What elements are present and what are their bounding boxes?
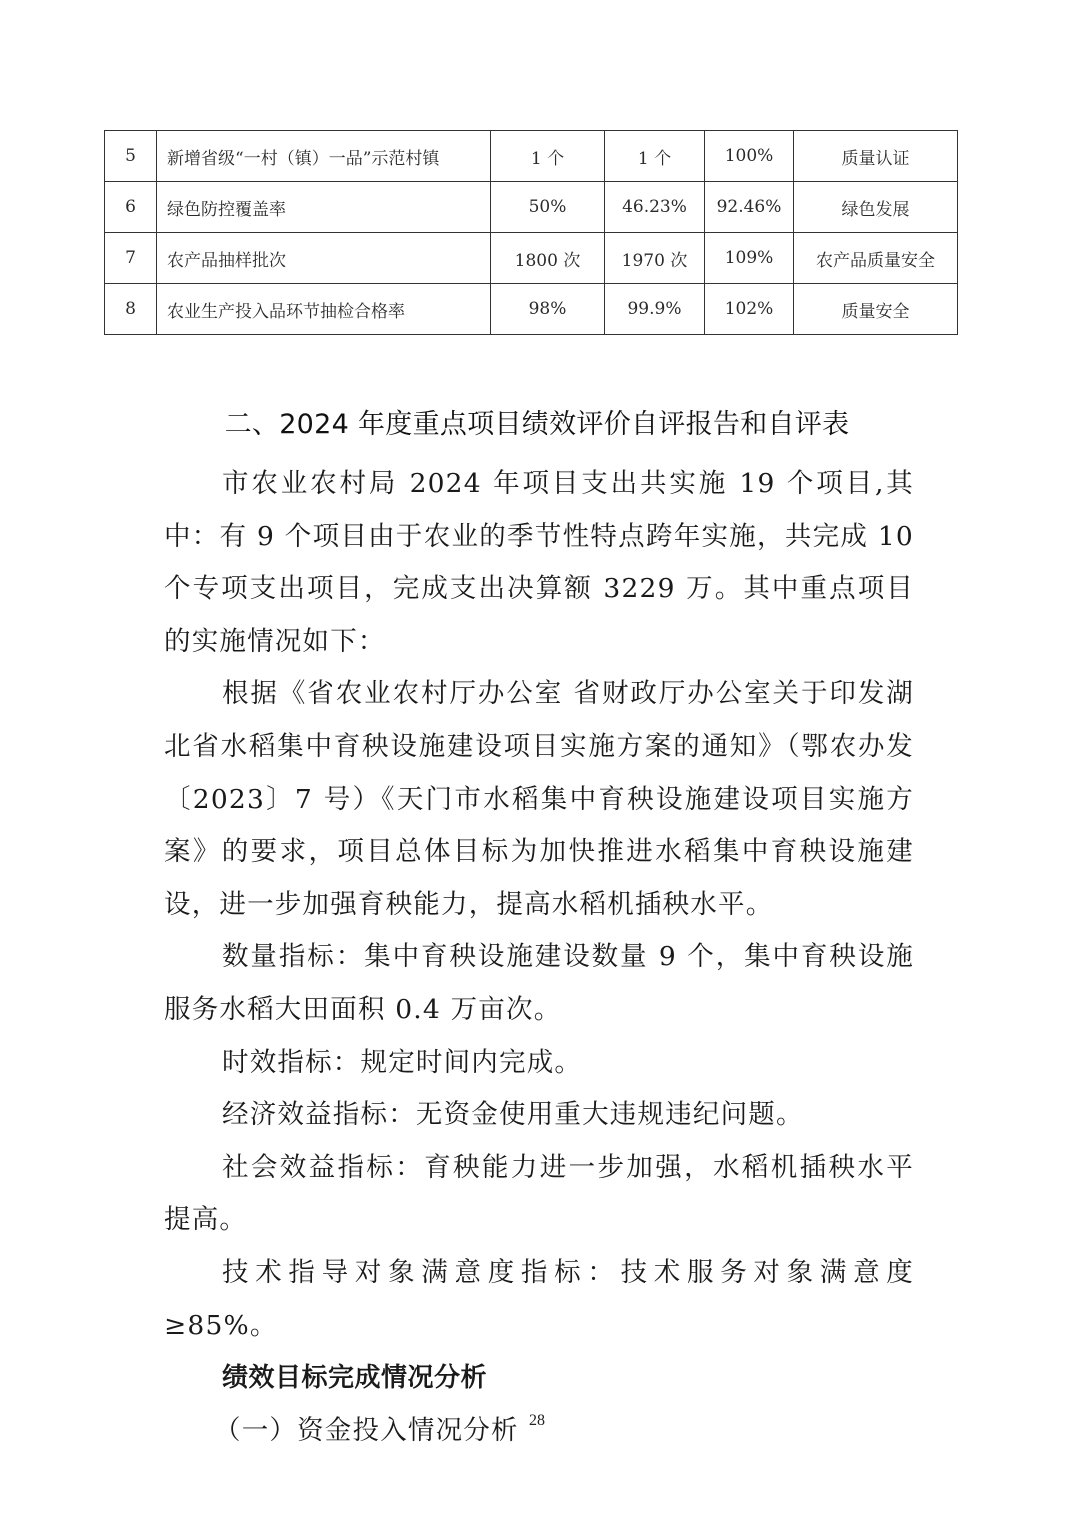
table-row: 7 农产品抽样批次 1800 次 1970 次 109% 农产品质量安全 bbox=[105, 233, 958, 284]
paragraph-economic-indicator: 经济效益指标：无资金使用重大违规违纪问题。 bbox=[164, 1089, 914, 1142]
indicator-category: 质量安全 bbox=[794, 284, 958, 335]
indicator-name: 新增省级“一村（镇）一品”示范村镇 bbox=[157, 131, 491, 182]
completion-rate: 92.46% bbox=[705, 182, 794, 233]
paragraph-social-indicator: 社会效益指标：育秧能力进一步加强，水稻机插秧水平提高。 bbox=[164, 1142, 914, 1247]
paragraph-timeliness-indicator: 时效指标：规定时间内完成。 bbox=[164, 1037, 914, 1090]
row-number: 5 bbox=[105, 131, 157, 182]
completion-rate: 102% bbox=[705, 284, 794, 335]
target-value: 1800 次 bbox=[491, 233, 605, 284]
target-value: 50% bbox=[491, 182, 605, 233]
target-value: 98% bbox=[491, 284, 605, 335]
indicator-name: 绿色防控覆盖率 bbox=[157, 182, 491, 233]
indicator-table: 5 新增省级“一村（镇）一品”示范村镇 1 个 1 个 100% 质量认证 6 … bbox=[104, 130, 958, 335]
subheading-analysis: 绩效目标完成情况分析 bbox=[164, 1352, 914, 1405]
completion-rate: 100% bbox=[705, 131, 794, 182]
paragraph-satisfaction-indicator: 技术指导对象满意度指标：技术服务对象满意度≥85%。 bbox=[164, 1247, 914, 1352]
indicator-name: 农业生产投入品环节抽检合格率 bbox=[157, 284, 491, 335]
table-row: 8 农业生产投入品环节抽检合格率 98% 99.9% 102% 质量安全 bbox=[105, 284, 958, 335]
paragraph-quantity-indicator: 数量指标：集中育秧设施建设数量 9 个，集中育秧设施服务水稻大田面积 0.4 万… bbox=[164, 931, 914, 1036]
page-number: 28 bbox=[0, 1412, 1074, 1430]
section-body: 市农业农村局 2024 年项目支出共实施 19 个项目,其中：有 9 个项目由于… bbox=[164, 458, 914, 1457]
target-value: 1 个 bbox=[491, 131, 605, 182]
paragraph-basis: 根据《省农业农村厅办公室 省财政厅办公室关于印发湖北省水稻集中育秧设施建设项目实… bbox=[164, 668, 914, 931]
table-row: 5 新增省级“一村（镇）一品”示范村镇 1 个 1 个 100% 质量认证 bbox=[105, 131, 958, 182]
actual-value: 46.23% bbox=[605, 182, 705, 233]
indicator-category: 质量认证 bbox=[794, 131, 958, 182]
actual-value: 99.9% bbox=[605, 284, 705, 335]
row-number: 6 bbox=[105, 182, 157, 233]
actual-value: 1970 次 bbox=[605, 233, 705, 284]
table-row: 6 绿色防控覆盖率 50% 46.23% 92.46% 绿色发展 bbox=[105, 182, 958, 233]
indicator-name: 农产品抽样批次 bbox=[157, 233, 491, 284]
completion-rate: 109% bbox=[705, 233, 794, 284]
section-heading: 二、2024 年度重点项目绩效评价自评报告和自评表 bbox=[0, 402, 1074, 441]
actual-value: 1 个 bbox=[605, 131, 705, 182]
paragraph-overview: 市农业农村局 2024 年项目支出共实施 19 个项目,其中：有 9 个项目由于… bbox=[164, 458, 914, 668]
indicator-category: 绿色发展 bbox=[794, 182, 958, 233]
row-number: 8 bbox=[105, 284, 157, 335]
indicator-category: 农产品质量安全 bbox=[794, 233, 958, 284]
row-number: 7 bbox=[105, 233, 157, 284]
